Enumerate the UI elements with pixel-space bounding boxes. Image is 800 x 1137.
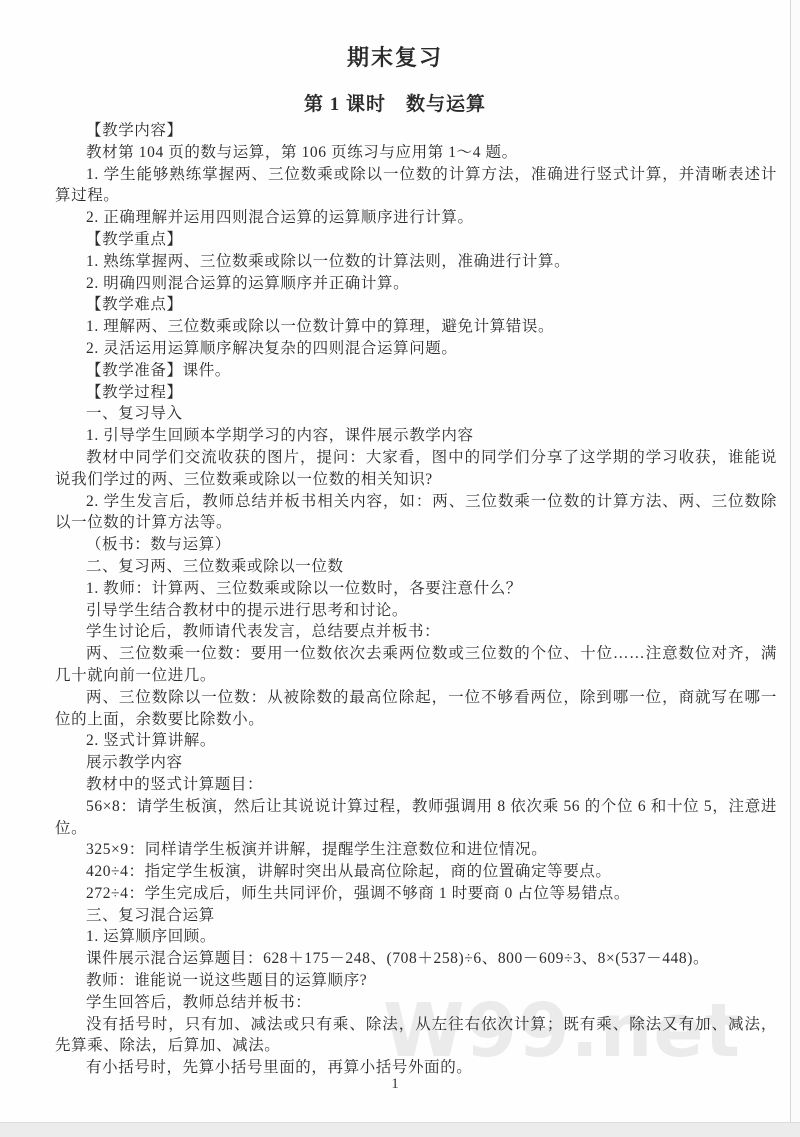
lesson-heading: 第 1 课时 数与运算: [0, 91, 790, 119]
paragraph: 一、复习导入: [55, 403, 777, 425]
paragraph: 没有括号时，只有加、减法或只有乘、除法，从左往右依次计算；既有乘、除法又有加、减…: [55, 1014, 777, 1058]
paragraph: 二、复习两、三位数乘或除以一位数: [55, 556, 777, 578]
paragraph: 教材中的竖式计算题目：: [55, 774, 777, 796]
viewer-footer-band: [0, 1122, 800, 1137]
paragraph: 1. 熟练掌握两、三位数乘或除以一位数的计算法则，准确进行计算。: [55, 251, 777, 273]
paragraph: 引导学生结合教材中的提示进行思考和讨论。: [55, 600, 777, 622]
paragraph: 两、三位数乘一位数：要用一位数依次去乘两位数或三位数的个位、十位……注意数位对齐…: [55, 643, 777, 687]
paragraph: 教材第 104 页的数与运算，第 106 页练习与应用第 1～4 题。: [55, 142, 777, 164]
paragraph: 【教学准备】课件。: [55, 360, 777, 382]
paragraph: 展示教学内容: [55, 752, 777, 774]
document-body: 【教学内容】教材第 104 页的数与运算，第 106 页练习与应用第 1～4 题…: [55, 120, 777, 1079]
page-edge-line: [790, 0, 791, 1122]
paragraph: 1. 引导学生回顾本学期学习的内容，课件展示教学内容: [55, 425, 777, 447]
page-number: 1: [0, 1076, 790, 1093]
paragraph: 1. 理解两、三位数乘或除以一位数计算中的算理，避免计算错误。: [55, 316, 777, 338]
paragraph: 【教学重点】: [55, 229, 777, 251]
paragraph: 【教学内容】: [55, 120, 777, 142]
paragraph: 325×9：同样请学生板演并讲解，提醒学生注意数位和进位情况。: [55, 839, 777, 861]
page-edge-gutter: [791, 0, 800, 1122]
paragraph: 1. 运算顺序回顾。: [55, 926, 777, 948]
paragraph: 420÷4：指定学生板演，讲解时突出从最高位除起，商的位置确定等要点。: [55, 861, 777, 883]
document-page: W99.net 期末复习 第 1 课时 数与运算 【教学内容】教材第 104 页…: [0, 0, 790, 1122]
paragraph: 三、复习混合运算: [55, 905, 777, 927]
paragraph: 272÷4：学生完成后，师生共同评价，强调不够商 1 时要商 0 占位等易错点。: [55, 883, 777, 905]
paragraph: 2. 明确四则混合运算的运算顺序并正确计算。: [55, 273, 777, 295]
document-viewer: W99.net 期末复习 第 1 课时 数与运算 【教学内容】教材第 104 页…: [0, 0, 800, 1137]
paragraph: 2. 正确理解并运用四则混合运算的运算顺序进行计算。: [55, 207, 777, 229]
paragraph: 1. 学生能够熟练掌握两、三位数乘或除以一位数的计算方法，准确进行竖式计算，并清…: [55, 164, 777, 208]
paragraph: 学生讨论后，教师请代表发言，总结要点并板书：: [55, 621, 777, 643]
document-title: 期末复习: [0, 0, 790, 73]
paragraph: 【教学难点】: [55, 294, 777, 316]
paragraph: 教师：谁能说一说这些题目的运算顺序?: [55, 970, 777, 992]
paragraph: 56×8：请学生板演，然后让其说说计算过程，教师强调用 8 依次乘 56 的个位…: [55, 796, 777, 840]
paragraph: 教材中同学们交流收获的图片，提问：大家看，图中的同学们分享了这学期的学习收获，谁…: [55, 447, 777, 491]
paragraph: 2. 灵活运用运算顺序解决复杂的四则混合运算问题。: [55, 338, 777, 360]
paragraph: 2. 学生发言后，教师总结并板书相关内容，如：两、三位数乘一位数的计算方法、两、…: [55, 491, 777, 535]
paragraph: 2. 竖式计算讲解。: [55, 730, 777, 752]
paragraph: 课件展示混合运算题目：628＋175－248、(708＋258)÷6、800－6…: [55, 948, 777, 970]
paragraph: （板书：数与运算）: [55, 534, 777, 556]
paragraph: 两、三位数除以一位数：从被除数的最高位除起，一位不够看两位，除到哪一位，商就写在…: [55, 687, 777, 731]
paragraph: 学生回答后，教师总结并板书：: [55, 992, 777, 1014]
paragraph: 1. 教师：计算两、三位数乘或除以一位数时，各要注意什么？: [55, 578, 777, 600]
paragraph: 【教学过程】: [55, 382, 777, 404]
